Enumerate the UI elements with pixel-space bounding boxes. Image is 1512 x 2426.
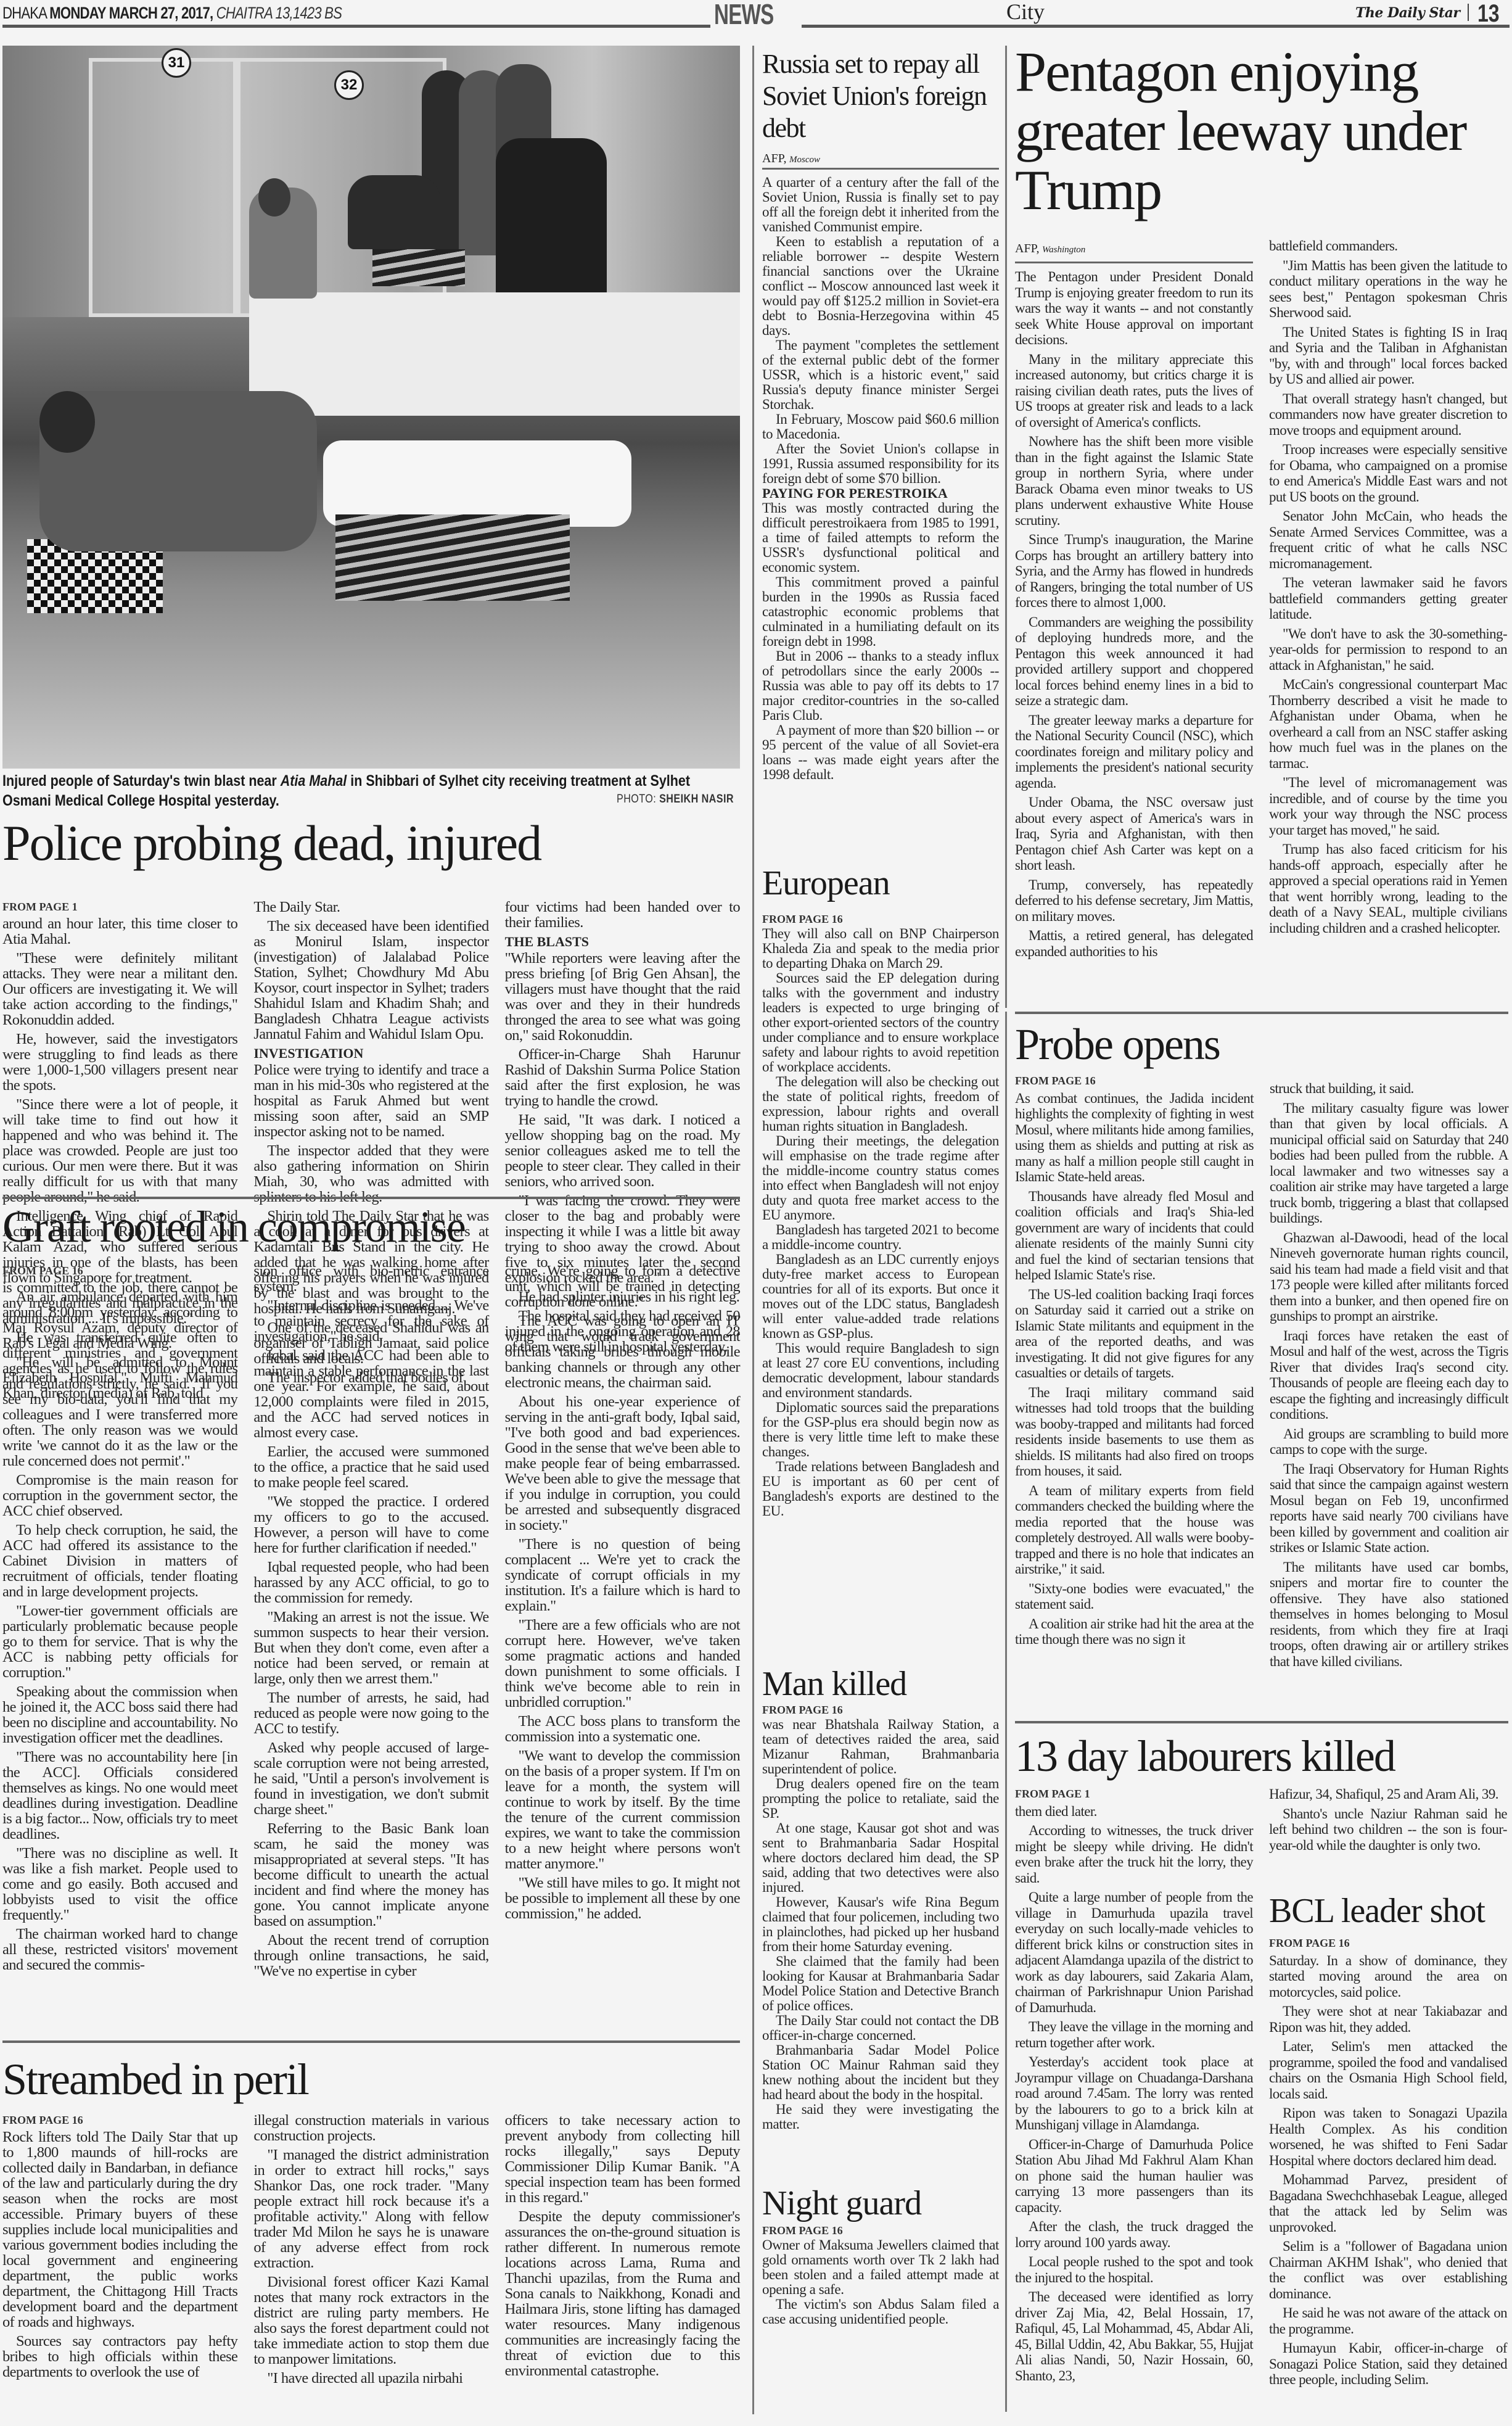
masthead-divider [1468,4,1469,21]
photo-credit: PHOTO: SHEIKH NASIR [617,793,734,806]
headline-graft: Graft rooted in compromise [2,1202,465,1253]
article-probe-opens: FROM PAGE 16 As combat continues, the Ja… [1015,1073,1508,1673]
column-rule [1005,1012,1007,2412]
article-pentagon-col1: The Pentagon under President Donald Trum… [1015,269,1253,963]
jump-line: FROM PAGE 16 [762,912,999,926]
photo-patient-head [258,178,290,217]
photo-seated-man [348,175,440,249]
jump-line: FROM PAGE 16 [1269,1936,1507,1952]
photo-striped-cloth [335,514,570,601]
article-column: FROM PAGE 16 was near Bhatshala Railway … [762,1702,999,2132]
subhead: THE BLASTS [505,934,740,949]
headline-night-guard: Night guard [762,2184,921,2223]
jump-line: FROM PAGE 16 [1015,1073,1254,1089]
headline-police-probing: Police probing dead, injured [2,814,541,872]
article-column: crime. We're going to form a detective u… [505,1263,740,1982]
section-title: NEWS [714,0,773,28]
photo-bed-sign: 31 [162,48,191,78]
headline-russia: Russia set to repay all Soviet Union's f… [762,48,1003,144]
photo-hospital-bed [249,292,740,416]
dateline: DHAKA MONDAY MARCH 27, 2017, CHAITRA 13,… [2,4,342,23]
dateline-date: MONDAY MARCH 27, 2017, [49,4,213,22]
article-graft: FROM PAGE 16 is committed to the job, th… [2,1263,740,1982]
article-column: A quarter of a century after the fall of… [762,175,999,782]
page-number: 13 [1477,0,1500,28]
masthead-rule-right [802,25,1510,28]
article-column: officers to take necessary action to pre… [505,2113,740,2390]
jump-line: FROM PAGE 16 [762,1702,999,1717]
jump-line: FROM PAGE 16 [762,2223,999,2238]
photo-glass-partition [89,58,237,317]
masthead-rule-left [2,25,710,28]
article-streambed: FROM PAGE 16 Rock lifters told The Daily… [2,2113,740,2390]
jump-line: FROM PAGE 1 [1015,1786,1253,1802]
article-bcl-leader-shot: FROM PAGE 16 Saturday. In a show of domi… [1269,1936,1507,2391]
headline-european: European [762,864,890,903]
article-man-killed: FROM PAGE 16 was near Bhatshala Railway … [762,1702,999,2132]
subhead: INVESTIGATION [253,1046,488,1061]
article-column: struck that building, it said. The milit… [1270,1073,1508,1673]
column-rule [752,46,754,2414]
article-column: FROM PAGE 1 them died later. According t… [1015,1786,1253,2387]
caption-place: Atia Mahal [281,772,347,790]
photo-leg-cast [323,440,631,527]
byline-pentagon: AFP, Washington [1015,242,1085,256]
article-night-guard: FROM PAGE 16 Owner of Maksuma Jewellers … [762,2223,999,2327]
article-column: Hafizur, 34, Shafiqul, 25 and Aram Ali, … [1269,1786,1507,1857]
masthead: DHAKA MONDAY MARCH 27, 2017, CHAITRA 13,… [0,0,1512,30]
article-column: FROM PAGE 16 Owner of Maksuma Jewellers … [762,2223,999,2327]
section-divider [1015,1721,1508,1723]
article-column: FROM PAGE 16 Rock lifters told The Daily… [2,2113,237,2390]
headline-labourers-killed: 13 day labourers killed [1015,1731,1395,1782]
article-column: battlefield commanders. "Jim Mattis has … [1269,238,1507,939]
article-column: FROM PAGE 16 is committed to the job, th… [2,1263,237,1982]
headline-streambed: Streambed in peril [2,2054,308,2105]
section-divider [2,1197,740,1199]
article-european: FROM PAGE 16 They will also call on BNP … [762,912,999,1519]
byline-rule [762,168,999,170]
dateline-bangla-date: CHAITRA 13,1423 BS [216,4,342,22]
article-column: The Pentagon under President Donald Trum… [1015,269,1253,963]
photo-injured-man-head [39,391,95,453]
article-column: illegal construction materials in variou… [253,2113,488,2390]
jump-line: FROM PAGE 16 [2,2113,237,2128]
photo-bed-sign: 32 [334,70,364,100]
article-column: FROM PAGE 16 Saturday. In a show of domi… [1269,1936,1507,2391]
photo-lungi [372,249,465,286]
column-rule [1005,46,1007,1008]
byline-russia: AFP, Moscow [762,152,820,166]
headline-bcl-leader-shot: BCL leader shot [1269,1891,1485,1931]
article-column: FROM PAGE 16 As combat continues, the Ja… [1015,1073,1254,1673]
section-divider [2,2040,740,2043]
newspaper-logo: The Daily Star [1355,5,1460,21]
headline-man-killed: Man killed [762,1664,906,1704]
article-column: sion office with bio-metric entrance sys… [253,1263,488,1982]
article-pentagon-col2: battlefield commanders. "Jim Mattis has … [1269,238,1507,939]
article-labourers-col1: FROM PAGE 1 them died later. According t… [1015,1786,1253,2387]
section-divider [1015,1012,1508,1014]
byline-rule [1015,262,1253,263]
news-photo-hospital-ward: 31 32 [2,46,740,769]
article-column: FROM PAGE 16 They will also call on BNP … [762,912,999,1519]
headline-pentagon: Pentagon enjoying greater leeway under T… [1015,42,1508,220]
article-russia: A quarter of a century after the fall of… [762,175,999,782]
jump-line: FROM PAGE 16 [2,1263,237,1279]
subsection-title: City [1006,0,1045,25]
subhead: PAYING FOR PERESTROIKA [762,486,999,501]
jump-line: FROM PAGE 1 [2,899,237,915]
headline-probe-opens: Probe opens [1015,1019,1220,1070]
article-labourers-col2: Hafizur, 34, Shafiqul, 25 and Aram Ali, … [1269,1786,1507,1857]
dateline-city: DHAKA [2,4,46,22]
